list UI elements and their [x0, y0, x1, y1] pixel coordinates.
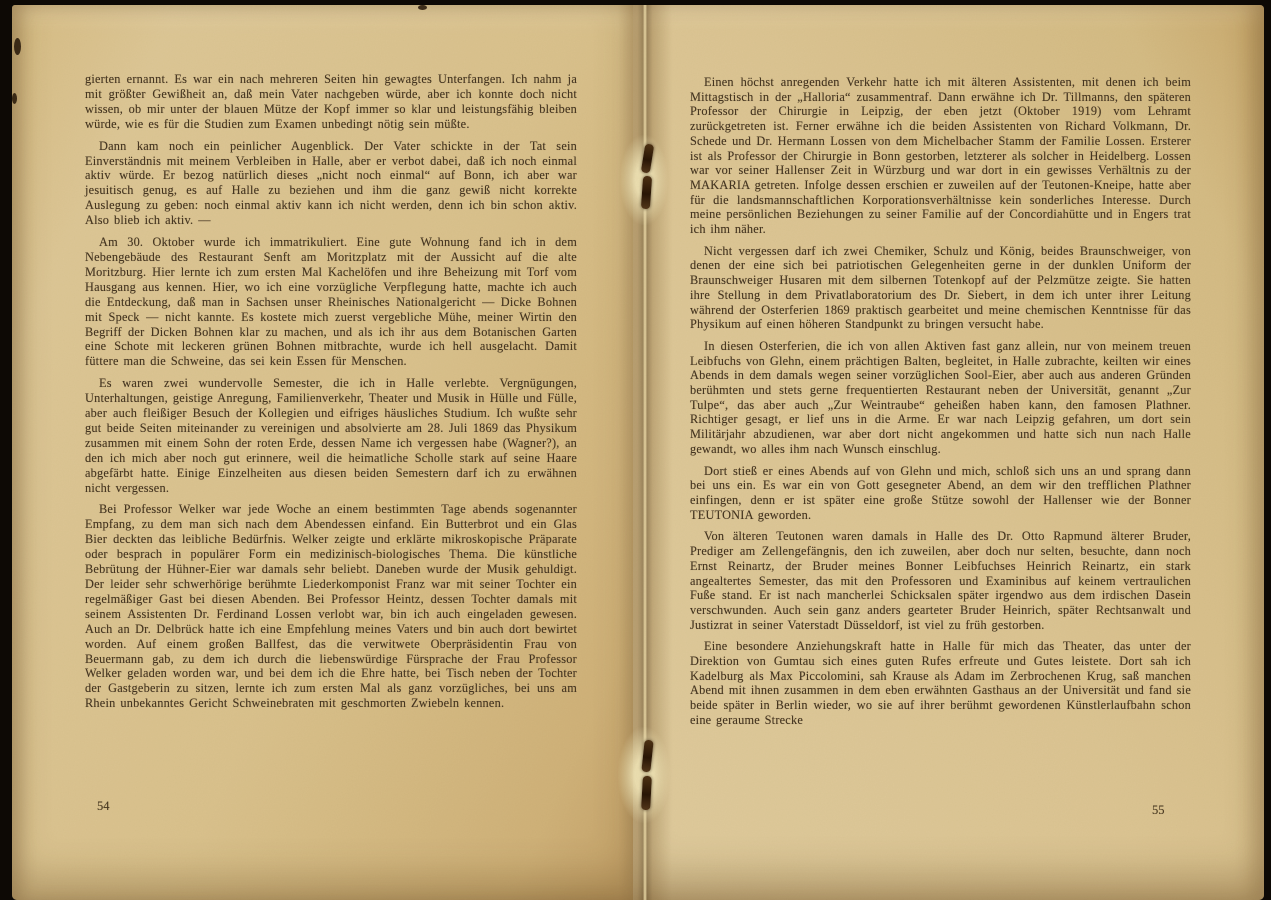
right-page-text-column: Einen höchst anregenden Verkehr hatte ic…	[690, 75, 1191, 735]
paragraph: Von älteren Teutonen waren damals in Hal…	[690, 529, 1191, 632]
staple-bottom-lower-icon	[641, 776, 652, 810]
paragraph: gierten ernannt. Es war ein nach mehrere…	[85, 72, 577, 132]
page-number-right: 55	[1152, 803, 1165, 818]
page-number-left: 54	[97, 799, 110, 814]
paragraph: Dann kam noch ein peinlicher Augenblick.…	[85, 139, 577, 228]
paragraph: Dort stieß er eines Abends auf von Glehn…	[690, 464, 1191, 523]
paragraph: Es waren zwei wundervolle Semester, die …	[85, 376, 577, 495]
paper-blemish	[14, 38, 21, 55]
left-page-text-column: gierten ernannt. Es war ein nach mehrere…	[85, 72, 577, 718]
paragraph: Nicht vergessen darf ich zwei Chemiker, …	[690, 244, 1191, 332]
paper-blemish	[12, 93, 17, 104]
paragraph: Einen höchst anregenden Verkehr hatte ic…	[690, 75, 1191, 237]
paragraph: Am 30. Oktober wurde ich immatrikuliert.…	[85, 235, 577, 369]
paragraph: Bei Professor Welker war jede Woche an e…	[85, 502, 577, 711]
book-scan-root: gierten ernannt. Es war ein nach mehrere…	[0, 0, 1271, 900]
paragraph: In diesen Osterferien, die ich von allen…	[690, 339, 1191, 457]
paragraph: Eine besondere Anziehungskraft hatte in …	[690, 639, 1191, 727]
paper-blemish	[418, 5, 427, 10]
